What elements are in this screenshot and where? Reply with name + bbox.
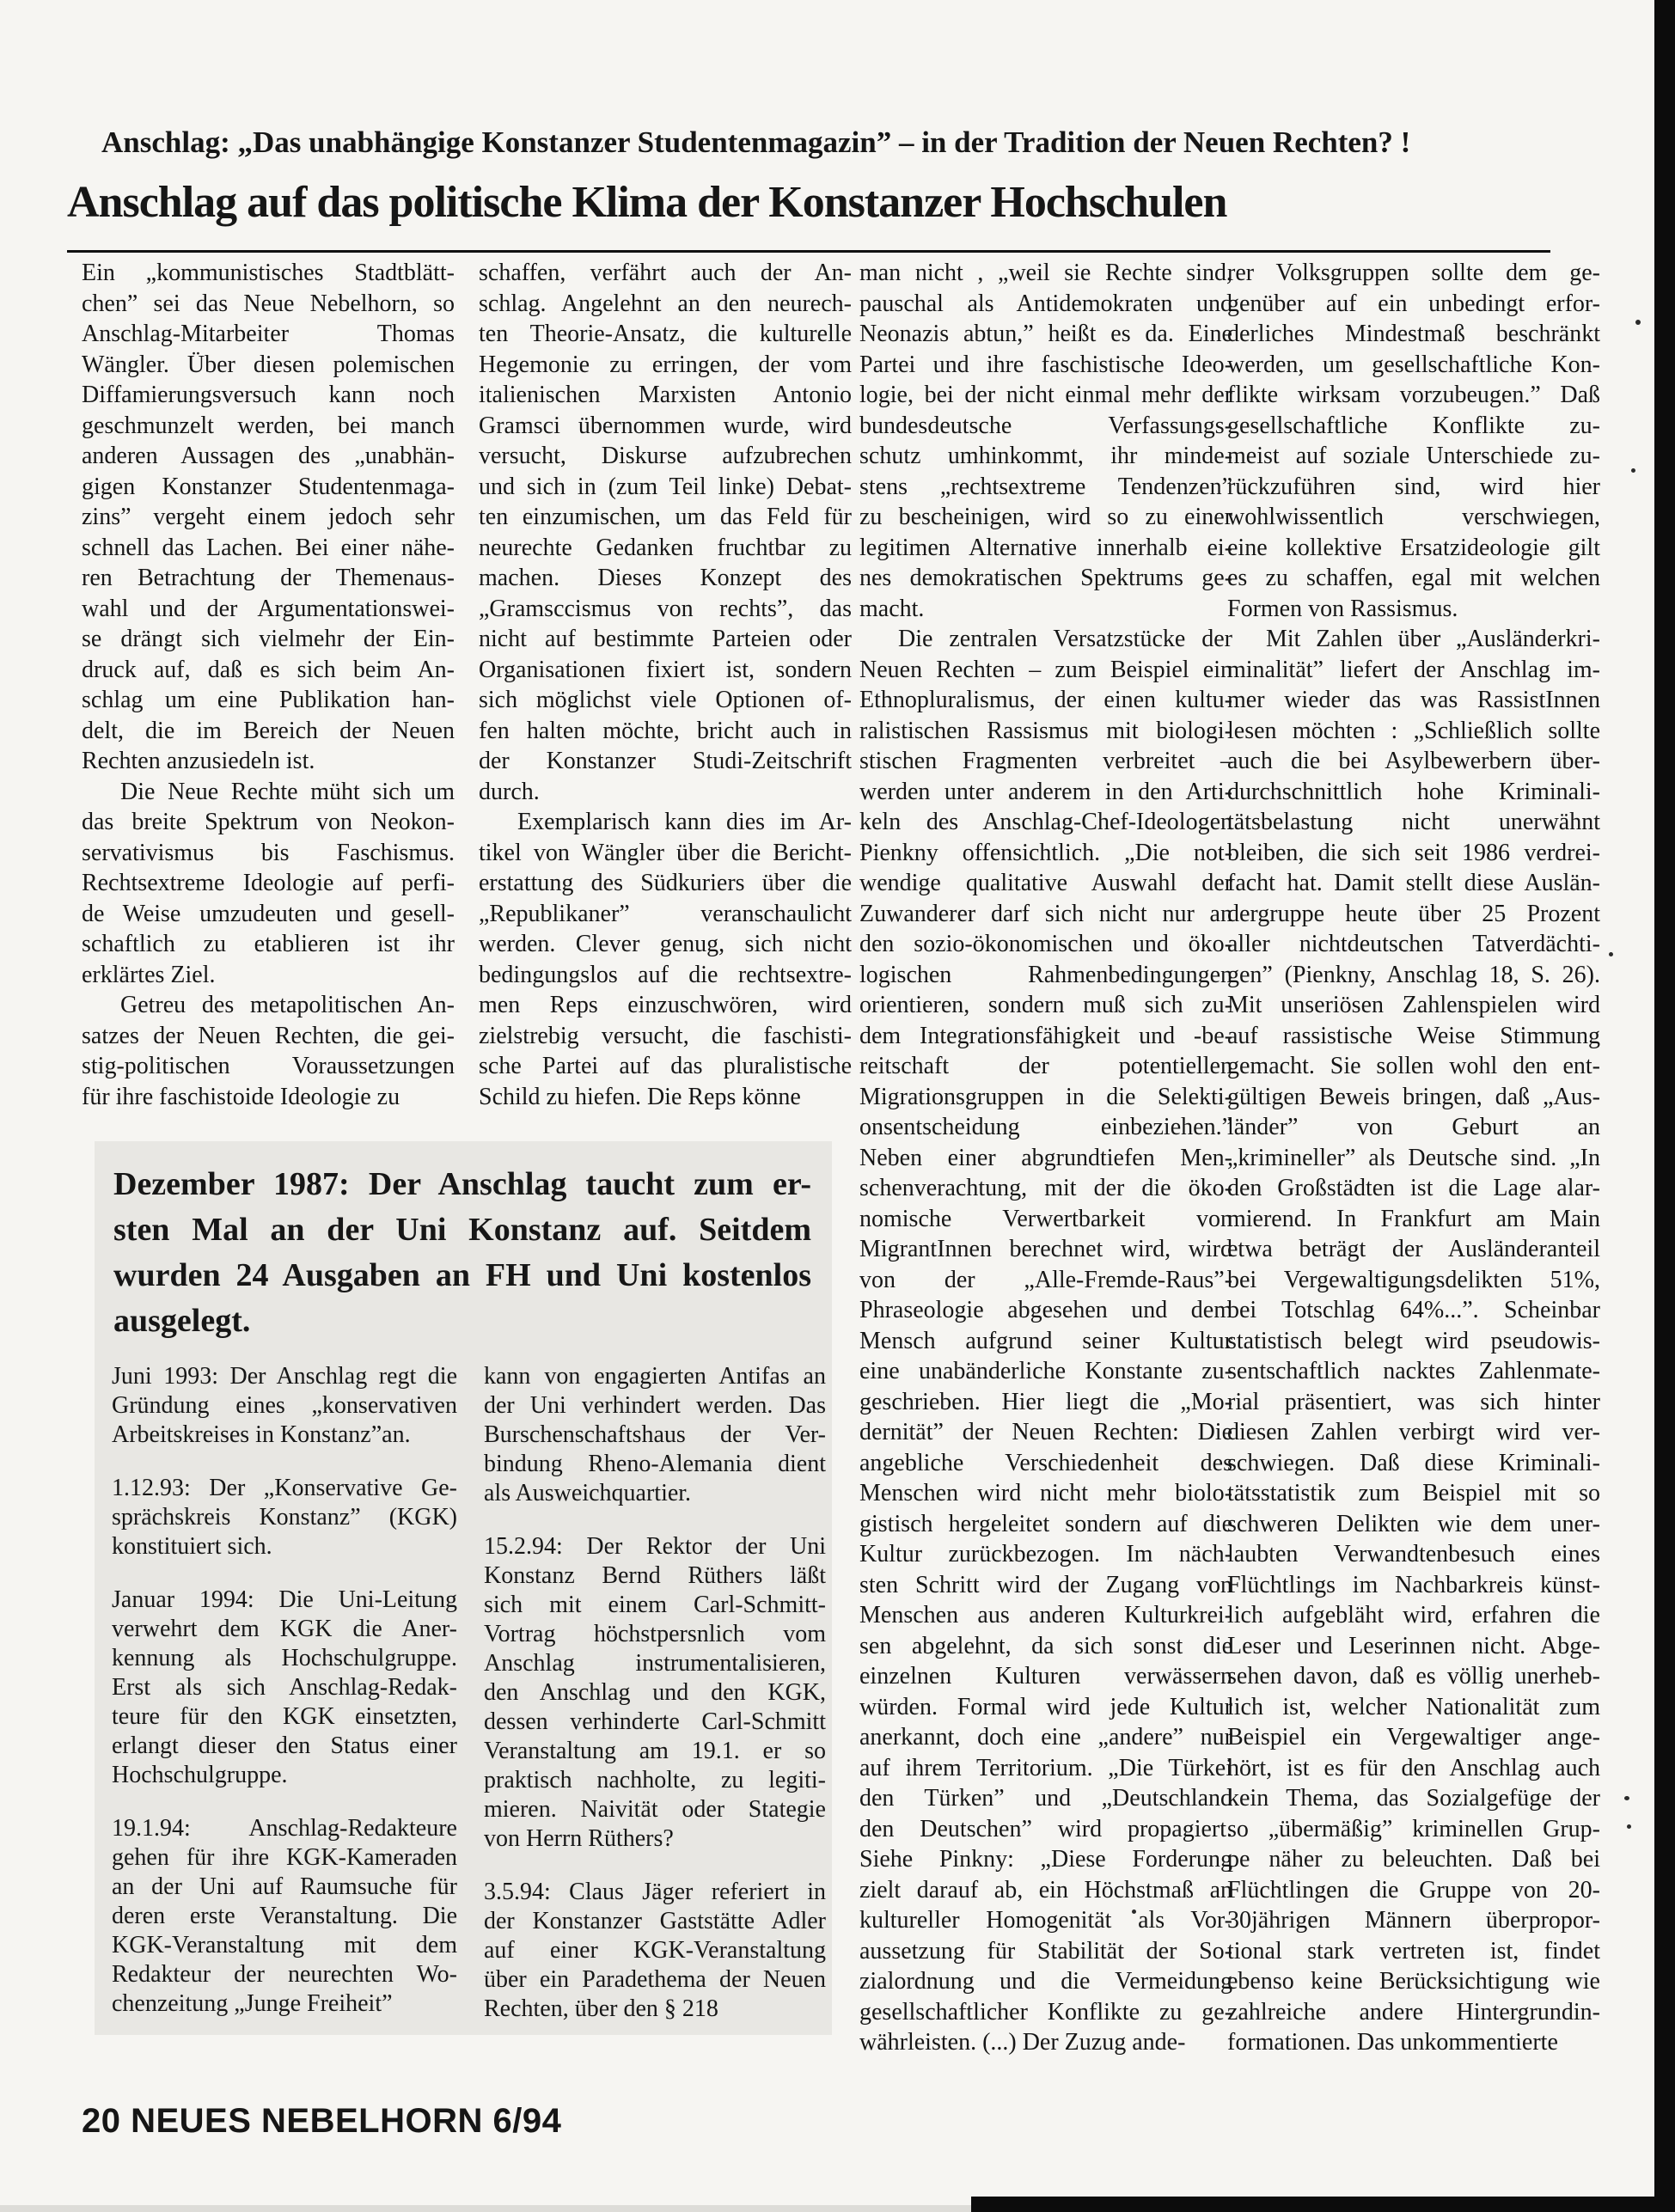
- text-line: gen” (Pienkny, Anschlag 18, S. 26).: [1227, 960, 1600, 991]
- text-line: schutz umhinkommt, ihr minde-: [859, 441, 1232, 472]
- text-line: Diffamierungsversuch kann noch: [82, 380, 455, 411]
- text-line: Gründung eines „konservativen: [112, 1391, 457, 1421]
- text-line: so „übermäßig” kriminellen Grup-: [1227, 1814, 1600, 1845]
- text-line: geschrieben. Hier liegt die „Mo-: [859, 1387, 1232, 1418]
- text-line: de Weise umzudeuten und gesell-: [82, 899, 455, 930]
- text-line: Die zentralen Versatzstücke der: [859, 624, 1232, 655]
- text-line: anderen Aussagen des „unabhän-: [82, 441, 455, 472]
- text-line: Vortrag höchstpersnlich vom: [484, 1620, 826, 1649]
- text-line: der Uni verhindert werden. Das: [484, 1391, 826, 1421]
- text-line: ten einzumischen, um das Feld für: [479, 502, 852, 533]
- text-line: ren Betrachtung der Themenaus-: [82, 563, 455, 594]
- text-line: sehen davon, daß es völlig unerheb-: [1227, 1661, 1600, 1692]
- text-line: zins” vergeht einem jedoch sehr: [82, 502, 455, 533]
- text-line: 30jährigen Männern überpropor-: [1227, 1905, 1600, 1936]
- text-line: gültigen Beweis bringen, daß „Aus-: [1227, 1082, 1600, 1113]
- text-line: sprächskreis Konstanz” (KGK): [112, 1503, 457, 1532]
- text-line: rer Volksgruppen sollte dem ge-: [1227, 258, 1600, 289]
- text-line: währleisten. (...) Der Zuzug ande-: [859, 2027, 1232, 2058]
- text-line: länder” von Geburt an: [1227, 1112, 1600, 1143]
- text-line: Redakteur der neurechten Wo-: [112, 1960, 457, 1989]
- text-line: Anschlag-Mitarbeiter Thomas: [82, 319, 455, 350]
- text-line: gemacht. Sie sollen wohl den ent-: [1227, 1051, 1600, 1082]
- text-line: versucht, Diskurse aufzubrechen: [479, 441, 852, 472]
- text-line: Erst als sich Anschlag-Redak-: [112, 1673, 457, 1702]
- scan-artifact-bottom-shadow: [0, 2205, 971, 2212]
- text-line: auf ihrem Territorium. „Die Türkei: [859, 1753, 1232, 1784]
- text-line: machen. Dieses Konzept des: [479, 563, 852, 594]
- text-line: Formen von Rassismus.: [1227, 594, 1600, 625]
- text-line: Getreu des metapolitischen An-: [82, 990, 455, 1021]
- text-line: durch.: [479, 777, 852, 808]
- text-line: praktisch nachholte, zu legiti-: [484, 1766, 826, 1795]
- text-line: statistisch belegt wird pseudowis-: [1227, 1326, 1600, 1357]
- text-line: „krimineller” als Deutsche sind. „In: [1227, 1143, 1600, 1174]
- scan-speck: [1609, 952, 1613, 956]
- text-line: den sozio-ökonomischen und öko-: [859, 929, 1232, 960]
- article-column-4: rer Volksgruppen sollte dem ge-genüber a…: [1227, 258, 1600, 2058]
- text-line: Ein „kommunistisches Stadtblätt-: [82, 258, 455, 289]
- text-line: bundesdeutsche Verfassungs-: [859, 411, 1232, 442]
- text-line: schlag. Angelehnt an den neurech-: [479, 289, 852, 320]
- scan-speck: [1631, 468, 1635, 473]
- text-line: aussetzung für Stabilität der So-: [859, 1936, 1232, 1967]
- text-line: geschmunzelt werden, bei manch: [82, 411, 455, 442]
- text-line: sen abgelehnt, da sich sonst die: [859, 1631, 1232, 1662]
- text-line: mierend. In Frankfurt am Main: [1227, 1204, 1600, 1235]
- text-line: 1.12.93: Der „Konservative Ge-: [112, 1474, 457, 1503]
- text-line: orientieren, sondern muß sich zu-: [859, 990, 1232, 1021]
- text-line: Anschlag instrumentalisieren,: [484, 1649, 826, 1678]
- text-line: Mit Zahlen über „Ausländerkri-: [1227, 624, 1600, 655]
- text-line: Menschen aus anderen Kulturkrei-: [859, 1600, 1232, 1631]
- text-line: Ethnopluralismus, der einen kultu-: [859, 685, 1232, 716]
- text-line: Rechten anzusiedeln ist.: [82, 746, 455, 777]
- text-line: flikte wirksam vorzubeugen.” Daß: [1227, 380, 1600, 411]
- text-line: pauschal als Antidemokraten und: [859, 289, 1232, 320]
- text-line: hört, ist es für den Anschlag auch: [1227, 1753, 1600, 1784]
- text-line: den Deutschen” wird propagiert.: [859, 1814, 1232, 1845]
- text-line: schnell das Lachen. Bei einer nähe-: [82, 533, 455, 564]
- text-line: Neonazis abtun,” heißt es da. Eine: [859, 319, 1232, 350]
- text-line: würden. Formal wird jede Kultur: [859, 1692, 1232, 1723]
- text-line: dernität” der Neuen Rechten: Die: [859, 1417, 1232, 1448]
- article-column-1: Ein „kommunistisches Stadtblätt-chen” se…: [82, 258, 455, 1112]
- text-line: reitschaft der potentiellen: [859, 1051, 1232, 1082]
- text-line: laubten Verwandtenbesuch eines: [1227, 1539, 1600, 1570]
- text-line: Neben einer abgrundtiefen Men-: [859, 1143, 1232, 1174]
- text-line: Juni 1993: Der Anschlag regt die: [112, 1362, 457, 1391]
- text-line: bleiben, die sich seit 1986 verdrei-: [1227, 838, 1600, 869]
- text-line: satzes der Neuen Rechten, die gei-: [82, 1021, 455, 1052]
- magazine-page: Anschlag: „Das unabhängige Konstanzer St…: [0, 0, 1675, 2212]
- text-line: bedingungslos auf die rechtsextre-: [479, 960, 852, 991]
- text-line: Januar 1994: Die Uni-Leitung: [112, 1586, 457, 1615]
- text-line: genüber auf ein unbedingt erfor-: [1227, 289, 1600, 320]
- text-line: erlangt dieser den Status einer: [112, 1732, 457, 1761]
- text-line: ten Theorie-Ansatz, die kulturelle: [479, 319, 852, 350]
- text-line: erstattung des Südkuriers über die: [479, 868, 852, 899]
- text-line: Partei und ihre faschistische Ideo-: [859, 350, 1232, 381]
- text-line: gesellschaftlicher Konflikte zu ge-: [859, 1997, 1232, 2028]
- text-line: delt, die im Bereich der Neuen: [82, 716, 455, 747]
- text-line: 15.2.94: Der Rektor der Uni: [484, 1532, 826, 1561]
- text-line: gehen für ihre KGK-Kameraden: [112, 1843, 457, 1873]
- text-line: tional stark vertreten ist, findet: [1227, 1936, 1600, 1967]
- text-line: bei Totschlag 64%...”. Scheinbar: [1227, 1295, 1600, 1326]
- text-line: Konstanz Bernd Rüthers läßt: [484, 1561, 826, 1591]
- text-line: nicht auf bestimmte Parteien oder: [479, 624, 852, 655]
- text-line: Hegemonie zu erringen, der vom: [479, 350, 852, 381]
- text-line: MigrantInnen berechnet wird, wird: [859, 1234, 1232, 1265]
- text-line: Leser und Leserinnen nicht. Abge-: [1227, 1631, 1600, 1662]
- text-line: servativismus bis Faschismus.: [82, 838, 455, 869]
- text-line: erklärtes Ziel.: [82, 960, 455, 991]
- text-line: Flüchtlings im Nachbarkreis künst-: [1227, 1570, 1600, 1601]
- text-line: schweren Delikten wie dem uner-: [1227, 1509, 1600, 1540]
- text-line: Kultur zurückbezogen. Im näch-: [859, 1539, 1232, 1570]
- text-line: ralistischen Rassismus mit biologi-: [859, 716, 1232, 747]
- text-line: sich möglichst viele Optionen of-: [479, 685, 852, 716]
- text-line: es zu schaffen, egal mit welchen: [1227, 563, 1600, 594]
- text-line: der Konstanzer Studi-Zeitschrift: [479, 746, 852, 777]
- text-line: den Türken” und „Deutschland: [859, 1783, 1232, 1814]
- text-line: angebliche Verschiedenheit des: [859, 1448, 1232, 1479]
- text-line: Mit unseriösen Zahlenspielen wird: [1227, 990, 1600, 1021]
- text-line: lich aufgebläht wird, erfahren die: [1227, 1600, 1600, 1631]
- text-line: macht.: [859, 594, 1232, 625]
- text-line: Veranstaltung am 19.1. er so: [484, 1737, 826, 1766]
- text-line: schenverachtung, mit der die öko-: [859, 1173, 1232, 1204]
- text-line: dessen verhinderte Carl-Schmitt: [484, 1708, 826, 1737]
- text-line: als Ausweichquartier.: [484, 1479, 826, 1508]
- text-line: „Gramsccismus von rechts”, das: [479, 594, 852, 625]
- text-line: eine unabänderliche Konstante zu-: [859, 1356, 1232, 1387]
- text-line: schaffen, verfährt auch der An-: [479, 258, 852, 289]
- text-line: anerkannt, doch eine „andere” nur: [859, 1722, 1232, 1753]
- page-title: Anschlag auf das politische Klima der Ko…: [67, 177, 1562, 228]
- timeline-column-left: Juni 1993: Der Anschlag regt dieGründung…: [112, 1362, 457, 2019]
- text-line: und sich in (zum Teil linke) Debat-: [479, 472, 852, 503]
- text-line: bindung Rheno-Alemania dient: [484, 1450, 826, 1479]
- text-line: Pienkny offensichtlich. „Die not-: [859, 838, 1232, 869]
- text-line: Organisationen fixiert ist, sondern: [479, 655, 852, 686]
- text-line: Hochschulgruppe.: [112, 1761, 457, 1790]
- text-line: kennung als Hochschulgruppe.: [112, 1644, 457, 1673]
- text-line: wurden 24 Ausgaben an FH und Uni kostenl…: [113, 1253, 811, 1298]
- page-footer: 20 NEUES NEBELHORN 6/94: [82, 2102, 561, 2141]
- text-line: zahlreiche andere Hintergrundin-: [1227, 1997, 1600, 2028]
- text-line: stens „rechtsextreme Tendenzen”: [859, 472, 1232, 503]
- text-line: Flüchtlingen die Gruppe von 20-: [1227, 1875, 1600, 1906]
- text-line: aller nichtdeutschen Tatverdächti-: [1227, 929, 1600, 960]
- text-line: wahl und der Argumentationswei-: [82, 594, 455, 625]
- text-line: durchschnittlich hohe Kriminali-: [1227, 777, 1600, 808]
- text-line: nomische Verwertbarkeit von: [859, 1204, 1232, 1235]
- text-line: Wängler. Über diesen polemischen: [82, 350, 455, 381]
- info-box: Dezember 1987: Der Anschlag taucht zum e…: [113, 1162, 811, 1344]
- text-line: sche Partei auf das pluralistische: [479, 1051, 852, 1082]
- text-line: druck auf, daß es sich beim An-: [82, 655, 455, 686]
- scan-speck: [1132, 1910, 1136, 1914]
- text-line: Siehe Pinkny: „Diese Forderung: [859, 1844, 1232, 1875]
- text-line: Schild zu hiefen. Die Reps könne: [479, 1082, 852, 1113]
- text-line: „Republikaner” veranschaulicht: [479, 899, 852, 930]
- text-line: tätsstatistik zum Beispiel mit so: [1227, 1478, 1600, 1509]
- text-line: Dezember 1987: Der Anschlag taucht zum e…: [113, 1162, 811, 1207]
- text-line: ausgelegt.: [113, 1298, 811, 1344]
- text-line: dem Integrationsfähigkeit und -be-: [859, 1021, 1232, 1052]
- text-line: stischen Fragmenten verbreitet –: [859, 746, 1232, 777]
- scan-artifact-right-bar: [1654, 0, 1675, 2212]
- text-line: dergruppe heute über 25 Prozent: [1227, 899, 1600, 930]
- text-line: 19.1.94: Anschlag-Redakteure: [112, 1814, 457, 1843]
- article-column-3: man nicht , „weil sie Rechte sind,pausch…: [859, 258, 1232, 2058]
- text-line: einzelnen Kulturen verwässern: [859, 1661, 1232, 1692]
- text-line: an der Uni auf Raumsuche für: [112, 1873, 457, 1902]
- text-line: werden unter anderem in den Arti-: [859, 777, 1232, 808]
- text-line: rial präsentiert, was sich hinter: [1227, 1387, 1600, 1418]
- text-line: das breite Spektrum von Neokon-: [82, 807, 455, 838]
- text-line: kein Thema, das Sozialgefüge der: [1227, 1783, 1600, 1814]
- scan-speck: [1635, 320, 1641, 325]
- text-line: für ihre faschistoide Ideologie zu: [82, 1082, 455, 1113]
- text-line: sich mit einem Carl-Schmitt-: [484, 1591, 826, 1620]
- text-line: eine kollektive Ersatzideologie gilt: [1227, 533, 1600, 564]
- text-line: sten Mal an der Uni Konstanz auf. Seitde…: [113, 1207, 811, 1253]
- text-line: gistisch hergeleitet sondern auf die: [859, 1509, 1232, 1540]
- text-line: Mensch aufgrund seiner Kultur: [859, 1326, 1232, 1357]
- text-line: von Herrn Rüthers?: [484, 1824, 826, 1854]
- text-line: gesellschaftliche Konflikte zu-: [1227, 411, 1600, 442]
- timeline-column-right: kann von engagierten Antifas ander Uni v…: [484, 1362, 826, 2024]
- text-line: Menschen wird nicht mehr biolo-: [859, 1478, 1232, 1509]
- text-line: Gramsci übernommen wurde, wird: [479, 411, 852, 442]
- text-line: chenzeitung „Junge Freiheit”: [112, 1989, 457, 2019]
- article-column-2: schaffen, verfährt auch der An-schlag. A…: [479, 258, 852, 1112]
- text-line: pe näher zu beleuchten. Daß bei: [1227, 1844, 1600, 1875]
- text-line: zialordnung und die Vermeidung: [859, 1966, 1232, 1997]
- headline-rule: [67, 250, 1550, 253]
- scan-speck: [1624, 1796, 1629, 1800]
- scan-speck: [1627, 1824, 1631, 1829]
- text-line: mer wieder das was RassistInnen: [1227, 685, 1600, 716]
- text-line: kann von engagierten Antifas an: [484, 1362, 826, 1391]
- text-line: meist auf soziale Unterschiede zu-: [1227, 441, 1600, 472]
- text-line: lich ist, welcher Nationalität zum: [1227, 1692, 1600, 1723]
- text-line: KGK-Veranstaltung mit dem: [112, 1931, 457, 1960]
- text-line: von der „Alle-Fremde-Raus”-: [859, 1265, 1232, 1296]
- text-line: onsentscheidung einbeziehen.”: [859, 1112, 1232, 1143]
- text-line: lesen möchten : „Schließlich sollte: [1227, 716, 1600, 747]
- text-line: den Anschlag und den KGK,: [484, 1678, 826, 1708]
- text-line: nes demokratischen Spektrums ge-: [859, 563, 1232, 594]
- text-line: diesen Zahlen verbirgt wird ver-: [1227, 1417, 1600, 1448]
- text-line: formationen. Das unkommentierte: [1227, 2027, 1600, 2058]
- text-line: stig-politischen Voraussetzungen: [82, 1051, 455, 1082]
- text-line: auf rassistische Weise Stimmung: [1227, 1021, 1600, 1052]
- text-line: rückzuführen sind, wird hier: [1227, 472, 1600, 503]
- text-line: tätsbelastung nicht unerwähnt: [1227, 807, 1600, 838]
- text-line: men Reps einzuschwören, wird: [479, 990, 852, 1021]
- text-line: italienischen Marxisten Antonio: [479, 380, 852, 411]
- text-line: keln des Anschlag-Chef-Ideologen: [859, 807, 1232, 838]
- text-line: fen halten möchte, bricht auch in: [479, 716, 852, 747]
- text-line: den Großstädten ist die Lage alar-: [1227, 1173, 1600, 1204]
- text-line: auch die bei Asylbewerbern über-: [1227, 746, 1600, 777]
- text-line: werden, um gesellschaftliche Kon-: [1227, 350, 1600, 381]
- kicker-line: Anschlag: „Das unabhängige Konstanzer St…: [101, 125, 1597, 160]
- text-line: auf einer KGK-Veranstaltung: [484, 1936, 826, 1965]
- text-line: man nicht , „weil sie Rechte sind,: [859, 258, 1232, 289]
- text-line: Burschenschaftshaus der Ver-: [484, 1421, 826, 1450]
- text-line: kultureller Homogenität als Vor-: [859, 1905, 1232, 1936]
- text-line: konstituiert sich.: [112, 1532, 457, 1561]
- text-line: Rechten, über den § 218: [484, 1995, 826, 2024]
- text-line: Exemplarisch kann dies im Ar-: [479, 807, 852, 838]
- text-line: etwa beträgt der Ausländeranteil: [1227, 1234, 1600, 1265]
- text-line: deren erste Veranstaltung. Die: [112, 1902, 457, 1931]
- text-line: 3.5.94: Claus Jäger referiert in: [484, 1878, 826, 1907]
- text-line: Migrationsgruppen in die Selekti-: [859, 1082, 1232, 1113]
- text-line: verwehrt dem KGK die Aner-: [112, 1615, 457, 1644]
- text-line: facht hat. Damit stellt diese Auslän-: [1227, 868, 1600, 899]
- text-line: zu bescheinigen, wird so zu einer: [859, 502, 1232, 533]
- text-line: wendige qualitative Auswahl der: [859, 868, 1232, 899]
- text-line: se drängt sich vielmehr der Ein-: [82, 624, 455, 655]
- scan-artifact-bottom-bar: [971, 2197, 1675, 2212]
- text-line: logischen Rahmenbedingungen: [859, 960, 1232, 991]
- text-line: sentschaftlich nacktes Zahlenmate-: [1227, 1356, 1600, 1387]
- text-line: wohlwissentlich verschwiegen,: [1227, 502, 1600, 533]
- text-line: schwiegen. Daß diese Kriminali-: [1227, 1448, 1600, 1479]
- text-line: Phraseologie abgesehen und dem: [859, 1295, 1232, 1326]
- text-line: gigen Konstanzer Studentenmaga-: [82, 472, 455, 503]
- text-line: logie, bei der nicht einmal mehr der: [859, 380, 1232, 411]
- text-line: tikel von Wängler über die Bericht-: [479, 838, 852, 869]
- text-line: werden. Clever genug, sich nicht: [479, 929, 852, 960]
- text-line: Rechtsextreme Ideologie auf perfi-: [82, 868, 455, 899]
- text-line: chen” sei das Neue Nebelhorn, so: [82, 289, 455, 320]
- text-line: sten Schritt wird der Zugang von: [859, 1570, 1232, 1601]
- text-line: Zuwanderer darf sich nicht nur an: [859, 899, 1232, 930]
- text-line: derliches Mindestmaß beschränkt: [1227, 319, 1600, 350]
- text-line: Die Neue Rechte müht sich um: [82, 777, 455, 808]
- text-line: Beispiel ein Vergewaltiger ange-: [1227, 1722, 1600, 1753]
- text-line: ebenso keine Berücksichtigung wie: [1227, 1966, 1600, 1997]
- text-line: schlag um eine Publikation han-: [82, 685, 455, 716]
- text-line: zielt darauf ab, ein Höchstmaß an: [859, 1875, 1232, 1906]
- text-line: teure für den KGK einsetzten,: [112, 1702, 457, 1732]
- text-line: zielstrebig versucht, die faschisti-: [479, 1021, 852, 1052]
- text-line: Arbeitskreises in Konstanz”an.: [112, 1421, 457, 1450]
- text-line: bei Vergewaltigungsdelikten 51%,: [1227, 1265, 1600, 1296]
- text-line: über ein Paradethema der Neuen: [484, 1965, 826, 1995]
- text-line: der Konstanzer Gaststätte Adler: [484, 1907, 826, 1936]
- text-line: Neuen Rechten – zum Beispiel ein: [859, 655, 1232, 686]
- text-line: neurechte Gedanken fruchtbar zu: [479, 533, 852, 564]
- text-line: minalität” liefert der Anschlag im-: [1227, 655, 1600, 686]
- text-line: mieren. Naivität oder Stategie: [484, 1795, 826, 1824]
- text-line: schaftlich zu etablieren ist ihr: [82, 929, 455, 960]
- text-line: legitimen Alternative innerhalb ei-: [859, 533, 1232, 564]
